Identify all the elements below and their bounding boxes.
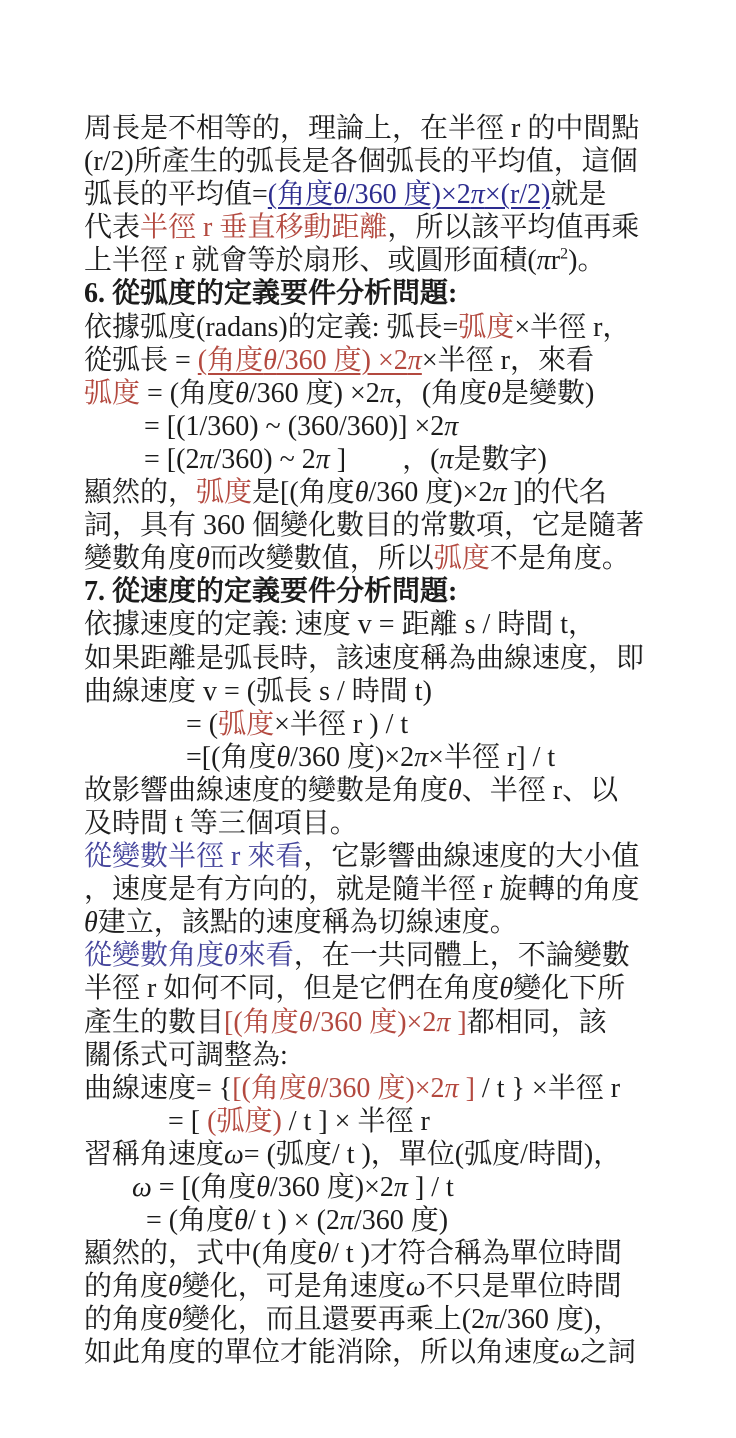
text-segment: 代表 xyxy=(84,212,140,243)
text-line: 如此角度的單位才能消除，所以角速度ω之詞 xyxy=(84,1336,684,1369)
text-segment-blue: 從變數半徑 r 來看 xyxy=(84,841,303,872)
text-segment-blue-u: (角度θ/360 度)×2π×(r/2) xyxy=(268,179,551,210)
text-segment-red: [(角度θ/360 度)×2π ] xyxy=(224,1007,467,1038)
text-segment: = ( xyxy=(186,709,218,740)
text-line: 弧度 = (角度θ/360 度) ×2π，(角度θ是變數) xyxy=(84,377,684,410)
text-line: 7. 從速度的定義要件分析問題: xyxy=(84,575,684,608)
text-segment: (r/2)所產生的弧長是各個弧長的平均值，這個 xyxy=(84,146,638,177)
text-segment: 關係式可調整為: xyxy=(84,1040,288,1071)
text-segment: 從弧長 = xyxy=(84,345,198,376)
text-segment: = [(2π/360) ~ 2π ] ，(π是數字) xyxy=(144,444,547,475)
text-segment: 依據速度的定義: 速度 v = 距離 s / 時間 t， xyxy=(84,609,596,640)
text-segment: 習稱角速度ω= (弧度/ t )，單位(弧度/時間)， xyxy=(84,1139,621,1170)
text-segment: 就是 xyxy=(550,179,606,210)
text-line: 產生的數目[(角度θ/360 度)×2π ]都相同，該 xyxy=(84,1006,684,1039)
document-text-block: 周長是不相等的，理論上，在半徑 r 的中間點(r/2)所產生的弧長是各個弧長的平… xyxy=(84,112,684,1370)
text-line: 上半徑 r 就會等於扇形、或圓形面積(πr2)。 xyxy=(84,244,684,277)
text-line: 變數角度θ而改變數值，所以弧度不是角度。 xyxy=(84,542,684,575)
text-line: 關係式可調整為: xyxy=(84,1039,684,1072)
text-segment: 如此角度的單位才能消除，所以角速度ω之詞 xyxy=(84,1337,636,1368)
text-line: 依據弧度(radans)的定義: 弧長=弧度×半徑 r， xyxy=(84,311,684,344)
text-segment: 不是角度。 xyxy=(490,543,630,574)
text-segment-red: 弧度 xyxy=(196,477,252,508)
document-page: 周長是不相等的，理論上，在半徑 r 的中間點(r/2)所產生的弧長是各個弧長的平… xyxy=(0,0,736,1438)
text-line: = [(1/360) ~ (360/360)] ×2π xyxy=(84,410,684,443)
text-segment-red: (弧度) xyxy=(207,1106,282,1137)
text-line: 詞，具有 360 個變化數目的常數項，它是隨著 xyxy=(84,509,684,542)
text-segment-red: 弧度 xyxy=(218,709,274,740)
text-line: =[(角度θ/360 度)×2π×半徑 r] / t xyxy=(84,741,684,774)
text-segment: 周長是不相等的，理論上，在半徑 r 的中間點 xyxy=(84,113,639,144)
text-segment: / t ] × 半徑 r xyxy=(282,1106,430,1137)
text-segment: 是[(角度θ/360 度)×2π ]的代名 xyxy=(252,477,607,508)
text-line: 從弧長 = (角度θ/360 度) ×2π×半徑 r，來看 xyxy=(84,344,684,377)
text-line: 弧長的平均值=(角度θ/360 度)×2π×(r/2)就是 xyxy=(84,178,684,211)
text-line: 的角度θ變化，而且還要再乘上(2π/360 度)， xyxy=(84,1303,684,1336)
text-segment-bold: 7. 從速度的定義要件分析問題: xyxy=(84,576,457,607)
text-segment-sup: 2 xyxy=(560,245,568,263)
text-segment-red-u: (角度θ/360 度) ×2π xyxy=(198,345,422,376)
text-line: 故影響曲線速度的變數是角度θ、半徑 r、以 xyxy=(84,774,684,807)
text-segment: =[(角度θ/360 度)×2π×半徑 r] / t xyxy=(186,742,555,773)
text-segment: 弧長的平均值= xyxy=(84,179,268,210)
text-segment: 依據弧度(radans)的定義: 弧長= xyxy=(84,312,458,343)
text-segment-red: 弧度 xyxy=(84,378,140,409)
text-segment: = [(1/360) ~ (360/360)] ×2π xyxy=(144,411,458,442)
text-line: 及時間 t 等三個項目。 xyxy=(84,807,684,840)
text-segment-red: 半徑 r 垂直移動距離 xyxy=(140,212,387,243)
text-line: 顯然的，式中(角度θ/ t )才符合稱為單位時間 xyxy=(84,1237,684,1270)
text-line: 如果距離是弧長時，該速度稱為曲線速度，即 xyxy=(84,642,684,675)
text-segment: 上半徑 r 就會等於扇形、或圓形面積(πr xyxy=(84,245,560,276)
text-line: 代表半徑 r 垂直移動距離，所以該平均值再乘 xyxy=(84,211,684,244)
text-segment: 都相同，該 xyxy=(467,1007,607,1038)
text-line: ，速度是有方向的，就是隨半徑 r 旋轉的角度 xyxy=(84,873,684,906)
text-segment: θ建立，該點的速度稱為切線速度。 xyxy=(84,907,518,938)
text-line: (r/2)所產生的弧長是各個弧長的平均值，這個 xyxy=(84,145,684,178)
text-segment: 的角度θ變化，而且還要再乘上(2π/360 度)， xyxy=(84,1304,621,1335)
text-segment: ，它影響曲線速度的大小值 xyxy=(303,841,639,872)
text-segment: = (角度θ/360 度) ×2π，(角度θ是變數) xyxy=(140,378,594,409)
text-segment: / t } ×半徑 r xyxy=(475,1073,620,1104)
text-line: = (弧度×半徑 r ) / t xyxy=(84,708,684,741)
text-segment: ×半徑 r ) / t xyxy=(274,709,408,740)
text-segment: = (角度θ/ t ) × (2π/360 度) xyxy=(146,1205,448,1236)
text-line: 半徑 r 如何不同，但是它們在角度θ變化下所 xyxy=(84,972,684,1005)
text-line: = (角度θ/ t ) × (2π/360 度) xyxy=(84,1204,684,1237)
text-segment: 變數角度θ而改變數值，所以 xyxy=(84,543,434,574)
text-line: 從變數角度θ來看，在一共同體上，不論變數 xyxy=(84,939,684,972)
text-segment: 的角度θ變化，可是角速度ω不只是單位時間 xyxy=(84,1271,622,1302)
text-segment: = [ xyxy=(168,1106,207,1137)
text-segment: 及時間 t 等三個項目。 xyxy=(84,808,358,839)
text-segment-red: 弧度 xyxy=(434,543,490,574)
text-line: 曲線速度 v = (弧長 s / 時間 t) xyxy=(84,675,684,708)
text-segment: ×半徑 r，來看 xyxy=(422,345,594,376)
text-segment: 曲線速度= { xyxy=(84,1073,232,1104)
text-segment: 顯然的，式中(角度θ/ t )才符合稱為單位時間 xyxy=(84,1238,622,1269)
text-segment: 故影響曲線速度的變數是角度θ、半徑 r、以 xyxy=(84,775,618,806)
text-segment-bold: 6. 從弧度的定義要件分析問題: xyxy=(84,278,457,309)
text-segment: 如果距離是弧長時，該速度稱為曲線速度，即 xyxy=(84,643,644,674)
text-segment: ω = [(角度θ/360 度)×2π ] / t xyxy=(132,1172,454,1203)
text-line: 6. 從弧度的定義要件分析問題: xyxy=(84,277,684,310)
text-segment-blue: 從變數角度θ來看 xyxy=(84,940,294,971)
text-segment-red: 弧度 xyxy=(458,312,514,343)
text-line: 依據速度的定義: 速度 v = 距離 s / 時間 t， xyxy=(84,608,684,641)
text-line: = [(2π/360) ~ 2π ] ，(π是數字) xyxy=(84,443,684,476)
text-segment: 詞，具有 360 個變化數目的常數項，它是隨著 xyxy=(84,510,644,541)
text-segment: ，所以該平均值再乘 xyxy=(387,212,639,243)
text-line: = [ (弧度) / t ] × 半徑 r xyxy=(84,1105,684,1138)
text-segment: 產生的數目 xyxy=(84,1007,224,1038)
text-line: θ建立，該點的速度稱為切線速度。 xyxy=(84,906,684,939)
text-line: 周長是不相等的，理論上，在半徑 r 的中間點 xyxy=(84,112,684,145)
text-segment: 曲線速度 v = (弧長 s / 時間 t) xyxy=(84,676,432,707)
text-segment: ，速度是有方向的，就是隨半徑 r 旋轉的角度 xyxy=(84,874,639,905)
text-line: ω = [(角度θ/360 度)×2π ] / t xyxy=(84,1171,684,1204)
text-segment: 半徑 r 如何不同，但是它們在角度θ變化下所 xyxy=(84,973,625,1004)
text-segment-red: [(角度θ/360 度)×2π ] xyxy=(232,1073,475,1104)
text-line: 顯然的，弧度是[(角度θ/360 度)×2π ]的代名 xyxy=(84,476,684,509)
text-segment: ×半徑 r， xyxy=(514,312,630,343)
text-segment: 顯然的， xyxy=(84,477,196,508)
text-segment: )。 xyxy=(568,245,605,276)
text-line: 習稱角速度ω= (弧度/ t )，單位(弧度/時間)， xyxy=(84,1138,684,1171)
text-line: 從變數半徑 r 來看，它影響曲線速度的大小值 xyxy=(84,840,684,873)
text-line: 的角度θ變化，可是角速度ω不只是單位時間 xyxy=(84,1270,684,1303)
text-segment: ，在一共同體上，不論變數 xyxy=(294,940,630,971)
text-line: 曲線速度= {[(角度θ/360 度)×2π ] / t } ×半徑 r xyxy=(84,1072,684,1105)
